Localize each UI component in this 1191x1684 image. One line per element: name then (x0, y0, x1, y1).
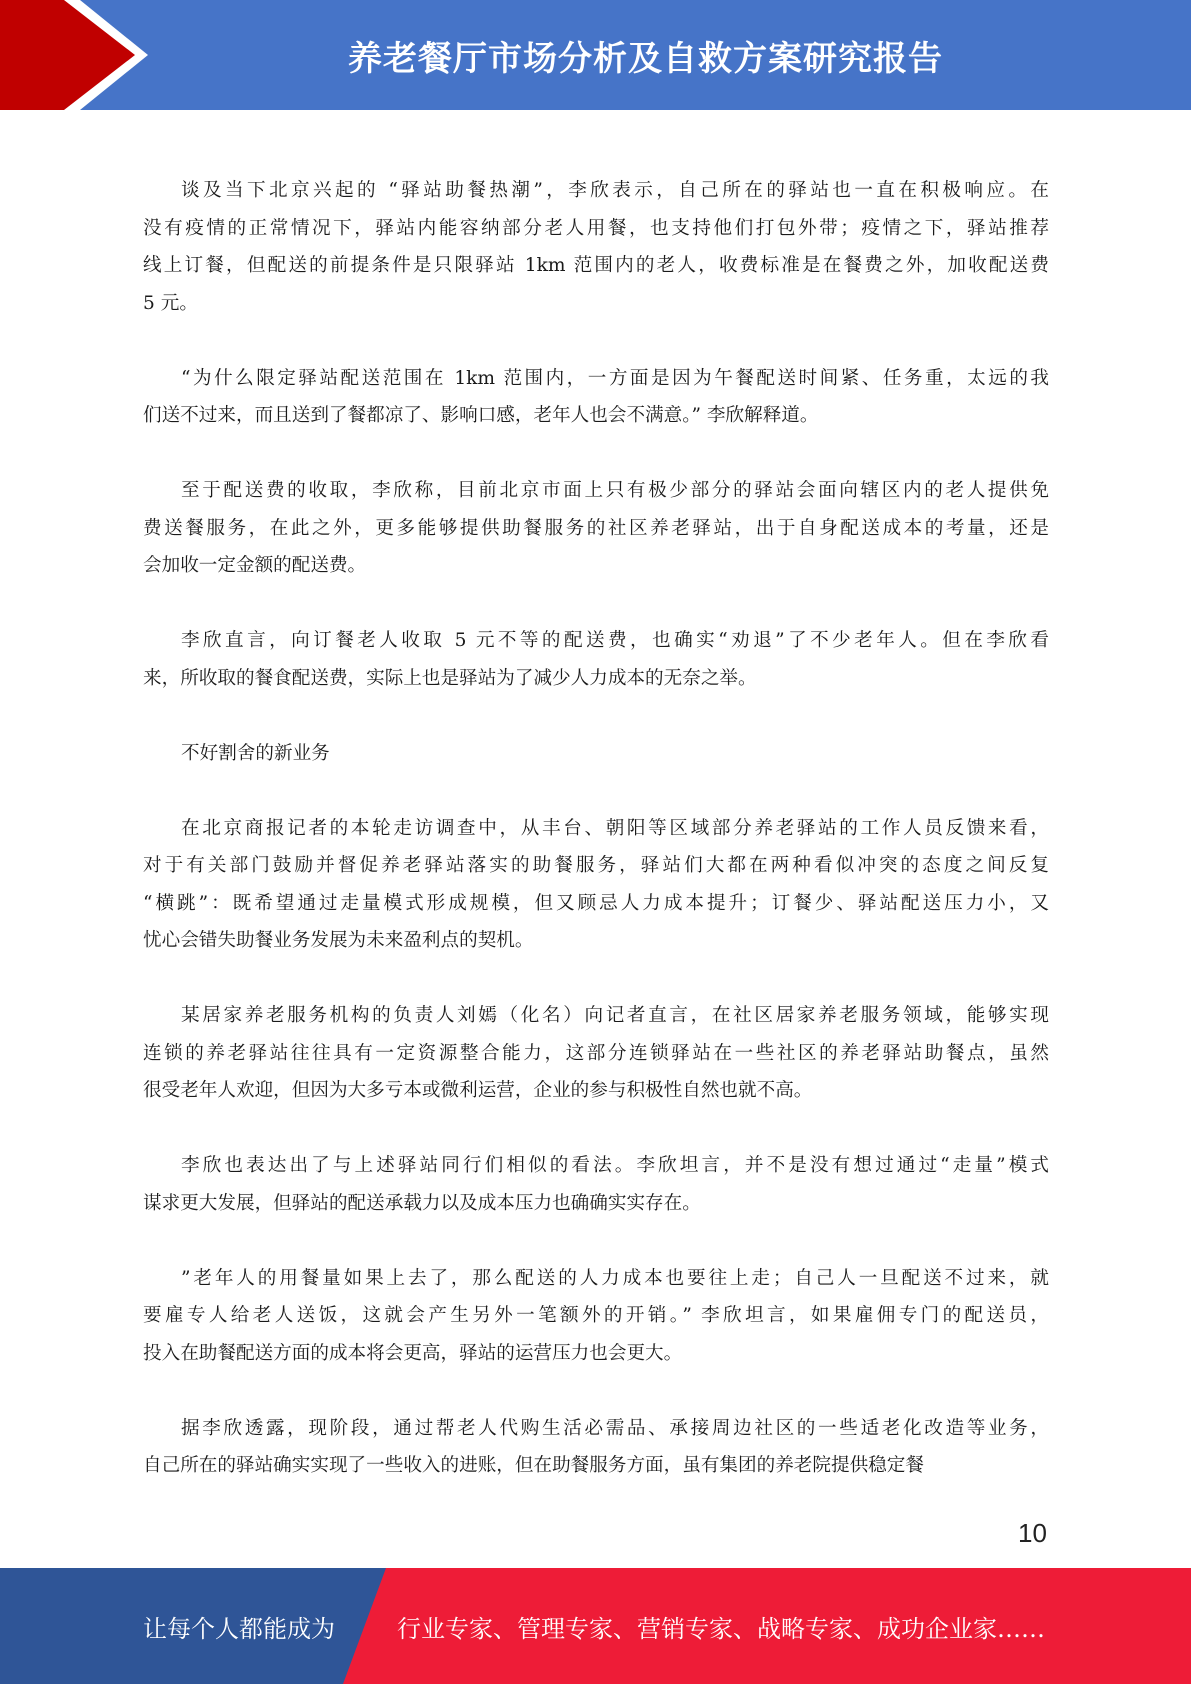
paragraph-line: 不好割舍的新业务 (143, 735, 1049, 773)
paragraph: 在北京商报记者的本轮走访调查中，从丰台、朝阳等区域部分养老驿站的工作人员反馈来看… (143, 810, 1049, 960)
paragraph-line: 5 元。 (143, 285, 1049, 323)
paragraph-line: 谋求更大发展，但驿站的配送承载力以及成本压力也确确实实存在。 (143, 1185, 1049, 1223)
paragraph: 至于配送费的收取，李欣称，目前北京市面上只有极少部分的驿站会面向辖区内的老人提供… (143, 472, 1049, 585)
footer-slogan-left: 让每个人都能成为 (143, 1568, 335, 1684)
paragraph-line: 至于配送费的收取，李欣称，目前北京市面上只有极少部分的驿站会面向辖区内的老人提供… (143, 472, 1049, 510)
paragraph: 李欣直言，向订餐老人收取 5 元不等的配送费，也确实“劝退”了不少老年人。但在李… (143, 622, 1049, 697)
paragraph: 李欣也表达出了与上述驿站同行们相似的看法。李欣坦言，并不是没有想过通过“走量”模… (143, 1147, 1049, 1222)
paragraph-line: 自己所在的驿站确实实现了一些收入的进账，但在助餐服务方面，虽有集团的养老院提供稳… (143, 1447, 1049, 1485)
page-number: 10 (1018, 1518, 1047, 1549)
article-body: 谈及当下北京兴起的 “驿站助餐热潮”，李欣表示，自己所在的驿站也一直在积极响应。… (143, 172, 1049, 1522)
footer-slogan-right: 行业专家、管理专家、营销专家、战略专家、成功企业家…… (397, 1568, 1045, 1684)
paragraph-line: “横跳”：既希望通过走量模式形成规模，但又顾忌人力成本提升；订餐少、驿站配送压力… (143, 885, 1049, 923)
paragraph-line: 对于有关部门鼓励并督促养老驿站落实的助餐服务，驿站们大都在两种看似冲突的态度之间… (143, 847, 1049, 885)
paragraph-line: 们送不过来，而且送到了餐都凉了、影响口感，老年人也会不满意。” 李欣解释道。 (143, 397, 1049, 435)
paragraph-line: 据李欣透露，现阶段，通过帮老人代购生活必需品、承接周边社区的一些适老化改造等业务… (143, 1410, 1049, 1448)
paragraph-line: 要雇专人给老人送饭，这就会产生另外一笔额外的开销。” 李欣坦言，如果雇佣专门的配… (143, 1297, 1049, 1335)
paragraph-line: 很受老年人欢迎，但因为大多亏本或微利运营，企业的参与积极性自然也就不高。 (143, 1072, 1049, 1110)
paragraph-line: “为什么限定驿站配送范围在 1km 范围内，一方面是因为午餐配送时间紧、任务重，… (143, 360, 1049, 398)
paragraph-line: 谈及当下北京兴起的 “驿站助餐热潮”，李欣表示，自己所在的驿站也一直在积极响应。… (143, 172, 1049, 210)
paragraph: ”老年人的用餐量如果上去了，那么配送的人力成本也要往上走；自己人一旦配送不过来，… (143, 1260, 1049, 1373)
paragraph: 不好割舍的新业务 (143, 735, 1049, 773)
paragraph-line: 没有疫情的正常情况下，驿站内能容纳部分老人用餐，也支持他们打包外带；疫情之下，驿… (143, 210, 1049, 248)
paragraph: “为什么限定驿站配送范围在 1km 范围内，一方面是因为午餐配送时间紧、任务重，… (143, 360, 1049, 435)
paragraph-line: 忧心会错失助餐业务发展为未来盈利点的契机。 (143, 922, 1049, 960)
paragraph-line: 费送餐服务，在此之外，更多能够提供助餐服务的社区养老驿站，出于自身配送成本的考量… (143, 510, 1049, 548)
paragraph: 谈及当下北京兴起的 “驿站助餐热潮”，李欣表示，自己所在的驿站也一直在积极响应。… (143, 172, 1049, 322)
report-header-band: 养老餐厅市场分析及自救方案研究报告 (0, 0, 1191, 110)
paragraph-line: 会加收一定金额的配送费。 (143, 547, 1049, 585)
paragraph-line: 在北京商报记者的本轮走访调查中，从丰台、朝阳等区域部分养老驿站的工作人员反馈来看… (143, 810, 1049, 848)
paragraph: 据李欣透露，现阶段，通过帮老人代购生活必需品、承接周边社区的一些适老化改造等业务… (143, 1410, 1049, 1485)
paragraph-line: ”老年人的用餐量如果上去了，那么配送的人力成本也要往上走；自己人一旦配送不过来，… (143, 1260, 1049, 1298)
report-title: 养老餐厅市场分析及自救方案研究报告 (0, 0, 1191, 110)
paragraph: 某居家养老服务机构的负责人刘嫣（化名）向记者直言，在社区居家养老服务领域，能够实… (143, 997, 1049, 1110)
paragraph-line: 连锁的养老驿站往往具有一定资源整合能力，这部分连锁驿站在一些社区的养老驿站助餐点… (143, 1035, 1049, 1073)
paragraph-line: 李欣也表达出了与上述驿站同行们相似的看法。李欣坦言，并不是没有想过通过“走量”模… (143, 1147, 1049, 1185)
paragraph-line: 某居家养老服务机构的负责人刘嫣（化名）向记者直言，在社区居家养老服务领域，能够实… (143, 997, 1049, 1035)
footer-slogan-band: 让每个人都能成为 行业专家、管理专家、营销专家、战略专家、成功企业家…… (0, 1568, 1191, 1684)
paragraph-line: 来，所收取的餐食配送费，实际上也是驿站为了减少人力成本的无奈之举。 (143, 660, 1049, 698)
paragraph-line: 线上订餐，但配送的前提条件是只限驿站 1km 范围内的老人，收费标准是在餐费之外… (143, 247, 1049, 285)
paragraph-line: 李欣直言，向订餐老人收取 5 元不等的配送费，也确实“劝退”了不少老年人。但在李… (143, 622, 1049, 660)
paragraph-line: 投入在助餐配送方面的成本将会更高，驿站的运营压力也会更大。 (143, 1335, 1049, 1373)
